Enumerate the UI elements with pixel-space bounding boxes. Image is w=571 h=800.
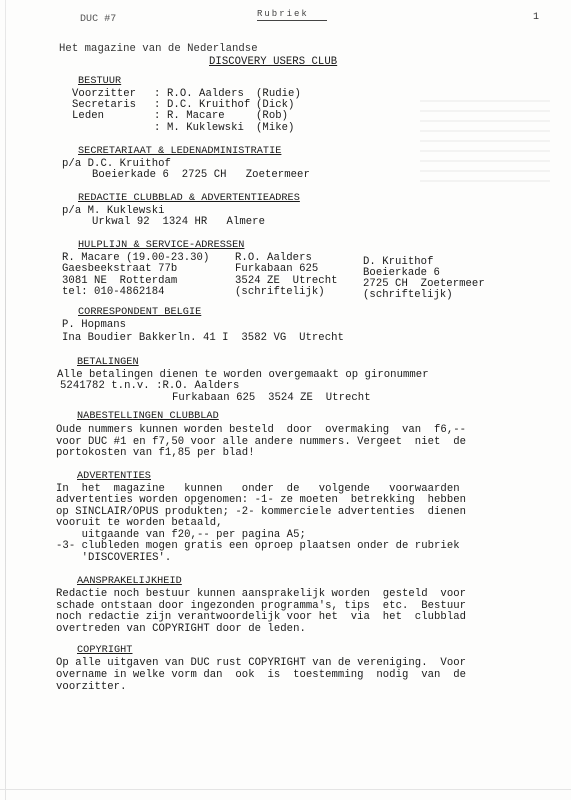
aansprakelijkheid-line: overtreden van COPYRIGHT door de leden. (56, 623, 306, 635)
betalingen-line: 5241782 t.n.v. :R.O. Aalders (60, 380, 239, 392)
advertenties-line: vooruit te worden betaald, (56, 517, 223, 529)
hulplijn-line: tel: 010-4862184 (62, 286, 165, 298)
copyright-line: overname in welke vorm dan ook is toeste… (56, 669, 466, 681)
redactie-line: Urkwal 92 1324 HR Almere (92, 216, 265, 228)
nabestellingen-line: portokosten van f1,85 per blad! (56, 447, 255, 459)
section-heading-redactie: REDACTIE CLUBBLAD & ADVERTENTIEADRES (78, 193, 300, 205)
advertenties-line: 'DISCOVERIES'. (56, 552, 171, 564)
scan-edge-left (5, 0, 6, 800)
club-name: DISCOVERY USERS CLUB (209, 56, 337, 68)
copyright-line: voorzitter. (56, 681, 126, 693)
handwritten-scribble: Rubriek (257, 10, 327, 21)
secretariaat-line: Boeierkade 6 2725 CH Zoetermeer (92, 169, 310, 181)
bestuur-name: R. Macare (167, 110, 225, 122)
bestuur-sep: : (154, 110, 160, 122)
copyright-line: Op alle uitgaven van DUC rust COPYRIGHT … (56, 657, 466, 669)
bestuur-sep: : (154, 122, 160, 134)
section-heading-hulplijn: HULPLIJN & SERVICE-ADRESSEN (78, 240, 244, 252)
section-heading-secretariaat: SECRETARIAAT & LEDENADMINISTRATIE (78, 146, 281, 158)
intro-line: Het magazine van de Nederlandse (59, 43, 258, 55)
bestuur-nick: (Rob) (256, 110, 288, 122)
correspondent-line: P. Hopmans (62, 319, 126, 331)
page-number: 1 (533, 12, 539, 24)
section-heading-copyright: COPYRIGHT (77, 645, 132, 657)
bestuur-name: M. Kuklewski (167, 122, 244, 134)
section-heading-advertenties: ADVERTENTIES (77, 471, 151, 483)
bestuur-role: Leden (72, 110, 104, 122)
hulplijn-line: (schriftelijk) (235, 286, 325, 298)
section-heading-aansprakelijkheid: AANSPRAKELIJKHEID (77, 576, 182, 588)
aansprakelijkheid-line: Redactie noch bestuur kunnen aansprakeli… (56, 588, 466, 600)
section-heading-correspondent: CORRESPONDENT BELGIE (78, 307, 201, 319)
correspondent-line: Ina Boudier Bakkerln. 41 I 3582 VG Utrec… (62, 332, 344, 344)
section-heading-bestuur: BESTUUR (78, 76, 121, 88)
document-page: DUC #7 Rubriek 1 Het magazine van de Ned… (0, 0, 571, 800)
issue-label: DUC #7 (80, 14, 116, 26)
bleed-through-text (420, 100, 550, 190)
hulplijn-line: Gaesbeekstraat 77b (62, 263, 177, 275)
advertenties-line: advertenties worden opgenomen: -1- ze mo… (56, 494, 466, 506)
hulplijn-line: Furkabaan 625 (235, 263, 318, 275)
scan-edge-bottom (0, 789, 571, 790)
section-heading-nabestellingen: NABESTELLINGEN CLUBBLAD (77, 411, 219, 423)
advertenties-line: -3- clubleden mogen gratis een oproep pl… (56, 540, 460, 552)
betalingen-line: Furkabaan 625 3524 ZE Utrecht (172, 392, 371, 404)
hulplijn-line: (schriftelijk) (363, 289, 453, 301)
section-heading-betalingen: BETALINGEN (77, 357, 139, 369)
aansprakelijkheid-line: noch redactie zijn verantwoordelijk voor… (56, 611, 466, 623)
scribble-text: Rubriek (257, 8, 309, 20)
nabestellingen-line: Oude nummers kunnen worden besteld door … (56, 424, 466, 436)
bestuur-nick: (Mike) (256, 122, 294, 134)
